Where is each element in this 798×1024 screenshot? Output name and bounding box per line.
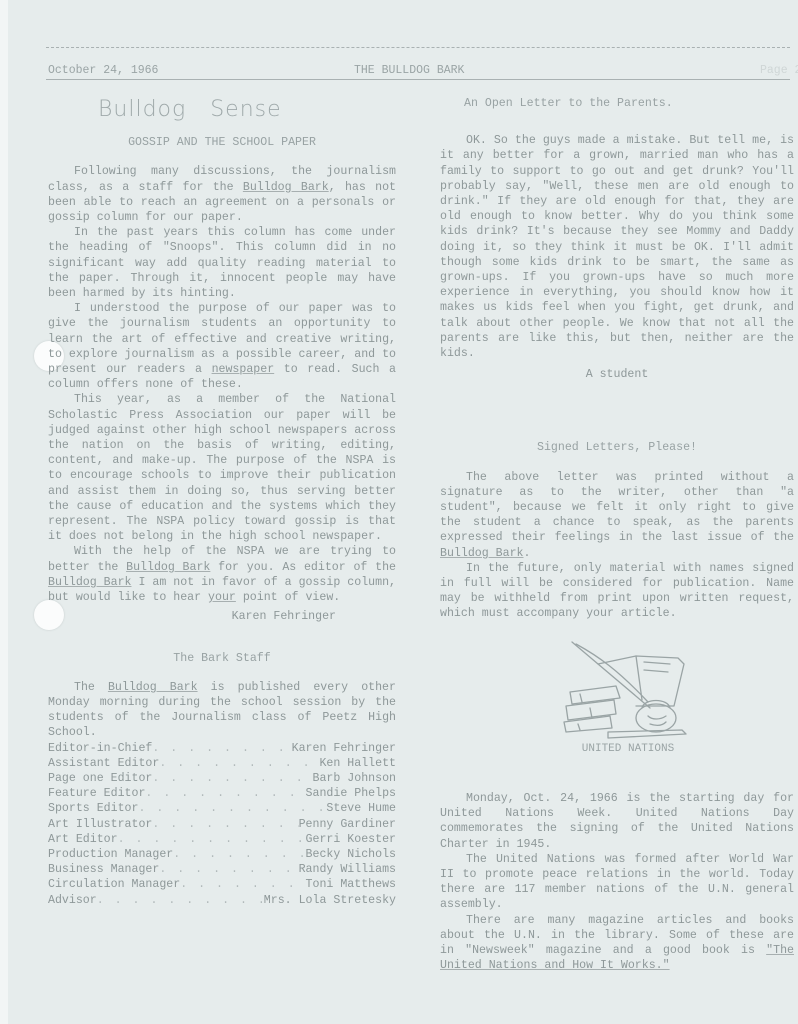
- leader-dots: [97, 893, 264, 908]
- staff-role: Feature Editor: [48, 786, 145, 801]
- un-article-body: Monday, Oct. 24, 1966 is the starting da…: [440, 791, 794, 973]
- staff-row: Art EditorGerri Koester: [48, 832, 396, 847]
- staff-row: Business ManagerRandy Williams: [48, 862, 396, 877]
- staff-role: Assistant Editor: [48, 756, 159, 771]
- signed-letters-headline: Signed Letters, Please!: [440, 440, 794, 455]
- article-body: Following many discussions, the journali…: [48, 164, 396, 605]
- staff-list: Editor-in-ChiefKaren FehringerAssistant …: [48, 741, 396, 908]
- article-headline: GOSSIP AND THE SCHOOL PAPER: [48, 135, 396, 150]
- staff-role: Editor-in-Chief: [48, 741, 152, 756]
- staff-row: Art IllustratorPenny Gardiner: [48, 817, 396, 832]
- staff-name: Barb Johnson: [313, 771, 397, 786]
- staff-name: Gerri Koester: [306, 832, 396, 847]
- underlined-title: Bulldog Bark: [108, 681, 198, 694]
- staff-intro: The Bulldog Bark is published every othe…: [48, 680, 396, 741]
- leader-dots: [118, 832, 306, 847]
- staff-row: AdvisorMrs. Lola Stretesky: [48, 893, 396, 908]
- letter-body: OK. So the guys made a mistake. But tell…: [440, 133, 794, 361]
- paragraph: There are many magazine articles and boo…: [440, 913, 794, 974]
- leader-dots: [159, 756, 319, 771]
- header-bottom-rule: [46, 79, 790, 80]
- letter-signature: A student: [440, 367, 794, 382]
- leader-dots: [152, 817, 298, 832]
- underlined-title: Bulldog Bark: [48, 576, 132, 589]
- paragraph: I understood the purpose of our paper wa…: [48, 301, 396, 392]
- staff-role: Circulation Manager: [48, 877, 180, 892]
- staff-role: Business Manager: [48, 862, 159, 877]
- paragraph: This year, as a member of the National S…: [48, 392, 396, 544]
- column-title: Bulldog Sense: [98, 102, 396, 117]
- right-column: An Open Letter to the Parents. OK. So th…: [440, 96, 794, 973]
- leader-dots: [180, 877, 305, 892]
- underlined-title: your: [208, 591, 236, 604]
- paragraph: In the future, only material with names …: [440, 561, 794, 622]
- staff-row: Assistant EditorKen Hallett: [48, 756, 396, 771]
- staff-name: Sandie Phelps: [306, 786, 396, 801]
- staff-row: Sports EditorSteve Hume: [48, 801, 396, 816]
- staff-role: Art Editor: [48, 832, 118, 847]
- paragraph: Following many discussions, the journali…: [48, 164, 396, 225]
- underlined-title: Bulldog Bark: [126, 561, 210, 574]
- leader-dots: [152, 771, 312, 786]
- page-number: Page 2: [760, 64, 798, 77]
- staff-name: Karen Fehringer: [292, 741, 396, 756]
- staff-name: Mrs. Lola Stretesky: [264, 893, 396, 908]
- article-signature: Karen Fehringer: [48, 609, 396, 624]
- united-nations-illustration: UNITED NATIONS: [558, 636, 698, 757]
- quill-inkwell-books-icon: [558, 636, 698, 746]
- staff-role: Production Manager: [48, 847, 173, 862]
- leader-dots: [159, 862, 298, 877]
- staff-row: Feature EditorSandie Phelps: [48, 786, 396, 801]
- paragraph: The above letter was printed without a s…: [440, 470, 794, 561]
- underlined-title: Bulldog Bark: [440, 547, 524, 560]
- staff-name: Ken Hallett: [319, 756, 396, 771]
- staff-role: Art Illustrator: [48, 817, 152, 832]
- staff-name: Steve Hume: [326, 801, 396, 816]
- paragraph: Monday, Oct. 24, 1966 is the starting da…: [440, 791, 794, 852]
- staff-row: Page one EditorBarb Johnson: [48, 771, 396, 786]
- illustration-caption: UNITED NATIONS: [558, 742, 698, 757]
- underlined-title: "The United Nations and How It Works.": [440, 944, 794, 972]
- underlined-title: newspaper: [212, 363, 275, 376]
- staff-name: Toni Matthews: [306, 877, 396, 892]
- letter-headline: An Open Letter to the Parents.: [440, 96, 794, 111]
- staff-role: Page one Editor: [48, 771, 152, 786]
- paragraph: In the past years this column has come u…: [48, 225, 396, 301]
- leader-dots: [173, 847, 305, 862]
- leader-dots: [145, 786, 305, 801]
- staff-name: Randy Williams: [299, 862, 396, 877]
- leader-dots: [152, 741, 291, 756]
- signed-letters-body: The above letter was printed without a s…: [440, 470, 794, 622]
- staff-headline: The Bark Staff: [48, 651, 396, 666]
- left-column: Bulldog Sense GOSSIP AND THE SCHOOL PAPE…: [48, 96, 396, 908]
- staff-row: Production ManagerBecky Nichols: [48, 847, 396, 862]
- underlined-title: Bulldog Bark: [243, 181, 329, 194]
- staff-role: Sports Editor: [48, 801, 138, 816]
- paragraph: The Bulldog Bark is published every othe…: [48, 680, 396, 741]
- staff-name: Becky Nichols: [306, 847, 396, 862]
- staff-role: Advisor: [48, 893, 97, 908]
- page-edge: [0, 0, 8, 1024]
- publication-title: THE BULLDOG BARK: [354, 64, 464, 77]
- paragraph: With the help of the NSPA we are trying …: [48, 544, 396, 605]
- paragraph: OK. So the guys made a mistake. But tell…: [440, 133, 794, 361]
- issue-date: October 24, 1966: [48, 64, 158, 77]
- staff-row: Circulation ManagerToni Matthews: [48, 877, 396, 892]
- staff-name: Penny Gardiner: [299, 817, 396, 832]
- leader-dots: [138, 801, 326, 816]
- paragraph: The United Nations was formed after Worl…: [440, 852, 794, 913]
- header-top-rule: [46, 47, 790, 48]
- staff-row: Editor-in-ChiefKaren Fehringer: [48, 741, 396, 756]
